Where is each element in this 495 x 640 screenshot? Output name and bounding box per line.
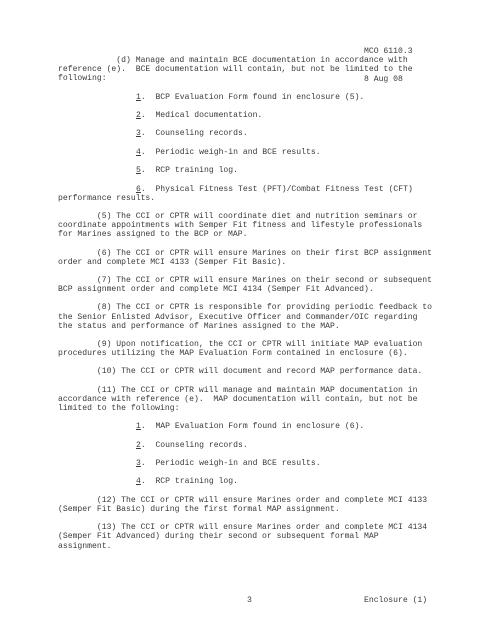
item-text: RCP training log. — [155, 477, 238, 486]
paragraph-line: (11) The CCI or CPTR will manage and mai… — [58, 386, 438, 395]
list-item: 2. Counseling records. — [58, 441, 438, 450]
item-number: 3 — [136, 459, 141, 468]
list-item: 6. Physical Fitness Test (PFT)/Combat Fi… — [58, 185, 438, 194]
paragraph-line: for Marines assigned to the BCP or MAP. — [58, 230, 438, 239]
paragraph-5: (5) The CCI or CPTR will coordinate diet… — [58, 212, 438, 240]
paragraph-line: assignment. — [58, 542, 438, 551]
item-number: 1 — [136, 422, 141, 431]
paragraph-line: limited to the following: — [58, 404, 438, 413]
item-number: 4 — [136, 477, 141, 486]
document-page: MCO 6110.3 8 Aug 08 (d) Manage and maint… — [0, 0, 495, 640]
list-item: 4. RCP training log. — [58, 477, 438, 486]
paragraph-line: accordance with reference (e). MAP docum… — [58, 395, 438, 404]
document-body: (d) Manage and maintain BCE documentatio… — [58, 56, 438, 560]
paragraph-line: the status and performance of Marines as… — [58, 322, 438, 331]
paragraph-line: (Semper Fit Advanced) during their secon… — [58, 532, 438, 541]
list-item: 1. MAP Evaluation Form found in enclosur… — [58, 422, 438, 431]
paragraph-line: (6) The CCI or CPTR will ensure Marines … — [58, 249, 438, 258]
enclosure-label: Enclosure (1) — [364, 596, 427, 605]
paragraph-line: (9) Upon notification, the CCI or CPTR w… — [58, 340, 438, 349]
item-number: 3 — [136, 129, 141, 138]
paragraph-12: (12) The CCI or CPTR will ensure Marines… — [58, 496, 438, 514]
paragraph-line: reference (e). BCE documentation will co… — [58, 65, 438, 74]
paragraph-line: the Senior Enlisted Advisor, Executive O… — [58, 313, 438, 322]
list-item: 5. RCP training log. — [58, 166, 438, 175]
paragraph-line: (12) The CCI or CPTR will ensure Marines… — [58, 496, 438, 505]
paragraph-13: (13) The CCI or CPTR will ensure Marines… — [58, 523, 438, 551]
item-text: MAP Evaluation Form found in enclosure (… — [155, 422, 364, 431]
paragraph-line: coordinate appointments with Semper Fit … — [58, 221, 438, 230]
paragraph-11: (11) The CCI or CPTR will manage and mai… — [58, 386, 438, 414]
item-number: 2 — [136, 111, 141, 120]
paragraph-9: (9) Upon notification, the CCI or CPTR w… — [58, 340, 438, 358]
item-number: 1 — [136, 93, 141, 102]
paragraph-line: (8) The CCI or CPTR is responsible for p… — [58, 303, 438, 312]
item-text: RCP training log. — [155, 166, 238, 175]
paragraph-line: (7) The CCI or CPTR will ensure Marines … — [58, 276, 438, 285]
list-item: 4. Periodic weigh-in and BCE results. — [58, 148, 438, 157]
item-number: 5 — [136, 166, 141, 175]
item-number: 4 — [136, 148, 141, 157]
item-text: Counseling records. — [155, 129, 247, 138]
paragraph-line: BCP assignment order and complete MCI 41… — [58, 285, 438, 294]
item-text: Periodic weigh-in and BCE results. — [155, 459, 320, 468]
list-item: 3. Periodic weigh-in and BCE results. — [58, 459, 438, 468]
paragraph-line: (5) The CCI or CPTR will coordinate diet… — [58, 212, 438, 221]
paragraph-d: (d) Manage and maintain BCE documentatio… — [58, 56, 438, 84]
item-text: Medical documentation. — [155, 111, 262, 120]
list-item: 1. BCP Evaluation Form found in enclosur… — [58, 93, 438, 102]
paragraph-line: following: — [58, 74, 438, 83]
paragraph-line: (13) The CCI or CPTR will ensure Marines… — [58, 523, 438, 532]
paragraph-10: (10) The CCI or CPTR will document and r… — [58, 367, 438, 376]
item-number: 6 — [136, 185, 141, 194]
list-item: 3. Counseling records. — [58, 129, 438, 138]
paragraph-line: order and complete MCI 4133 (Semper Fit … — [58, 258, 438, 267]
paragraph-line: (Semper Fit Basic) during the first form… — [58, 505, 438, 514]
paragraph-line: (10) The CCI or CPTR will document and r… — [58, 367, 438, 376]
paragraph-line: (d) Manage and maintain BCE documentatio… — [58, 56, 438, 65]
paragraph-6: (6) The CCI or CPTR will ensure Marines … — [58, 249, 438, 267]
list-item: 2. Medical documentation. — [58, 111, 438, 120]
item-text: Counseling records. — [155, 441, 247, 450]
page-number: 3 — [247, 596, 252, 605]
item-number: 2 — [136, 441, 141, 450]
paragraph-line: procedures utilizing the MAP Evaluation … — [58, 349, 438, 358]
item-text: Periodic weigh-in and BCE results. — [155, 148, 320, 157]
paragraph-7: (7) The CCI or CPTR will ensure Marines … — [58, 276, 438, 294]
item-text: BCP Evaluation Form found in enclosure (… — [155, 93, 364, 102]
item-continuation: performance results. — [58, 194, 438, 203]
paragraph-8: (8) The CCI or CPTR is responsible for p… — [58, 303, 438, 331]
item-text: Physical Fitness Test (PFT)/Combat Fitne… — [155, 185, 412, 194]
